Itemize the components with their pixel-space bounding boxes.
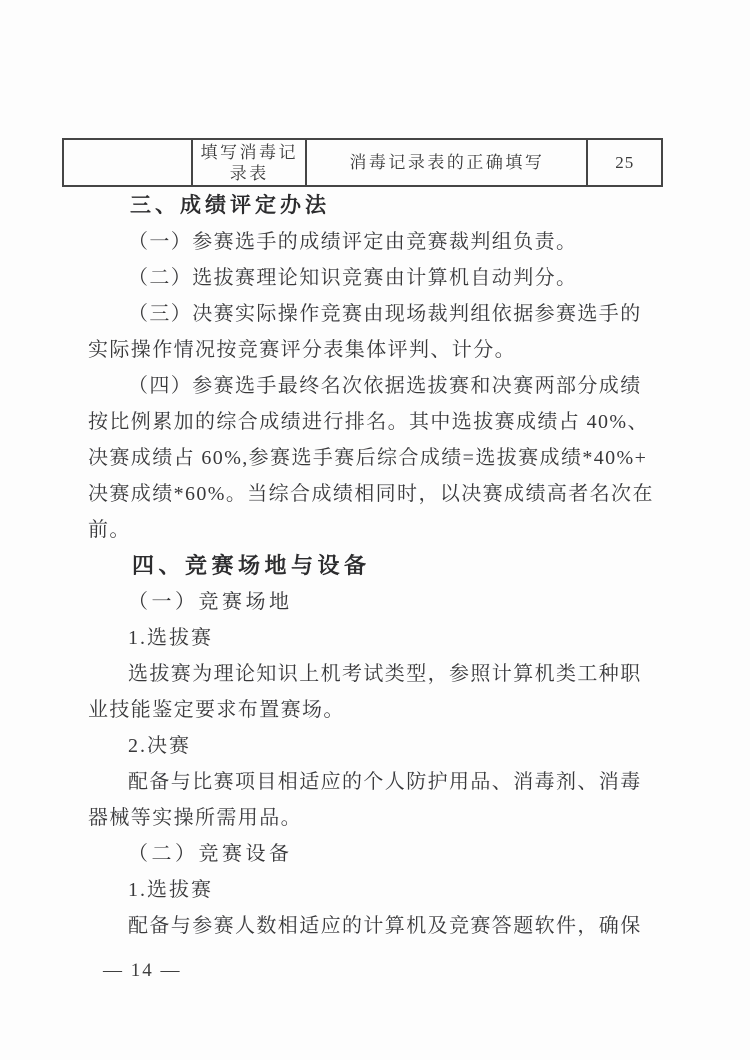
paragraph-scoring-1: （一）参赛选手的成绩评定由竞赛裁判组负责。 [88,224,666,260]
score-table-row: 填写消毒记 录表 消毒记录表的正确填写 25 [62,138,663,187]
table-cell-criteria: 消毒记录表的正确填写 [305,140,586,185]
table-cell-score: 25 [586,140,661,185]
paragraph-equipment-preliminary: 配备与参赛人数相适应的计算机及竞赛答题软件，确保 [88,908,666,944]
paragraph-venue-preliminary: 选拔赛为理论知识上机考试类型，参照计算机类工种职 业技能鉴定要求布置赛场。 [88,656,666,728]
page-number: — 14 — [103,960,182,982]
item-venue-final: 2.决赛 [88,728,666,764]
item-venue-preliminary: 1.选拔赛 [88,620,666,656]
paragraph-scoring-4: （四）参赛选手最终名次依据选拔赛和决赛两部分成绩 按比例累加的综合成绩进行排名。… [88,368,666,548]
table-cell-item: 填写消毒记 录表 [191,140,305,185]
document-page: 填写消毒记 录表 消毒记录表的正确填写 25 三、成绩评定办法 （一）参赛选手的… [0,0,750,1060]
document-body: 三、成绩评定办法 （一）参赛选手的成绩评定由竞赛裁判组负责。 （二）选拔赛理论知… [88,188,666,944]
paragraph-scoring-3: （三）决赛实际操作竞赛由现场裁判组依据参赛选手的 实际操作情况按竞赛评分表集体评… [88,296,666,368]
subheading-equipment: （二）竞赛设备 [88,836,666,872]
subheading-venue: （一）竞赛场地 [88,584,666,620]
section-heading-venue: 四、竞赛场地与设备 [88,548,666,584]
section-heading-scoring: 三、成绩评定办法 [88,188,666,224]
paragraph-scoring-2: （二）选拔赛理论知识竞赛由计算机自动判分。 [88,260,666,296]
table-cell-category [64,140,191,185]
item-equipment-preliminary: 1.选拔赛 [88,872,666,908]
paragraph-venue-final: 配备与比赛项目相适应的个人防护用品、消毒剂、消毒 器械等实操所需用品。 [88,764,666,836]
